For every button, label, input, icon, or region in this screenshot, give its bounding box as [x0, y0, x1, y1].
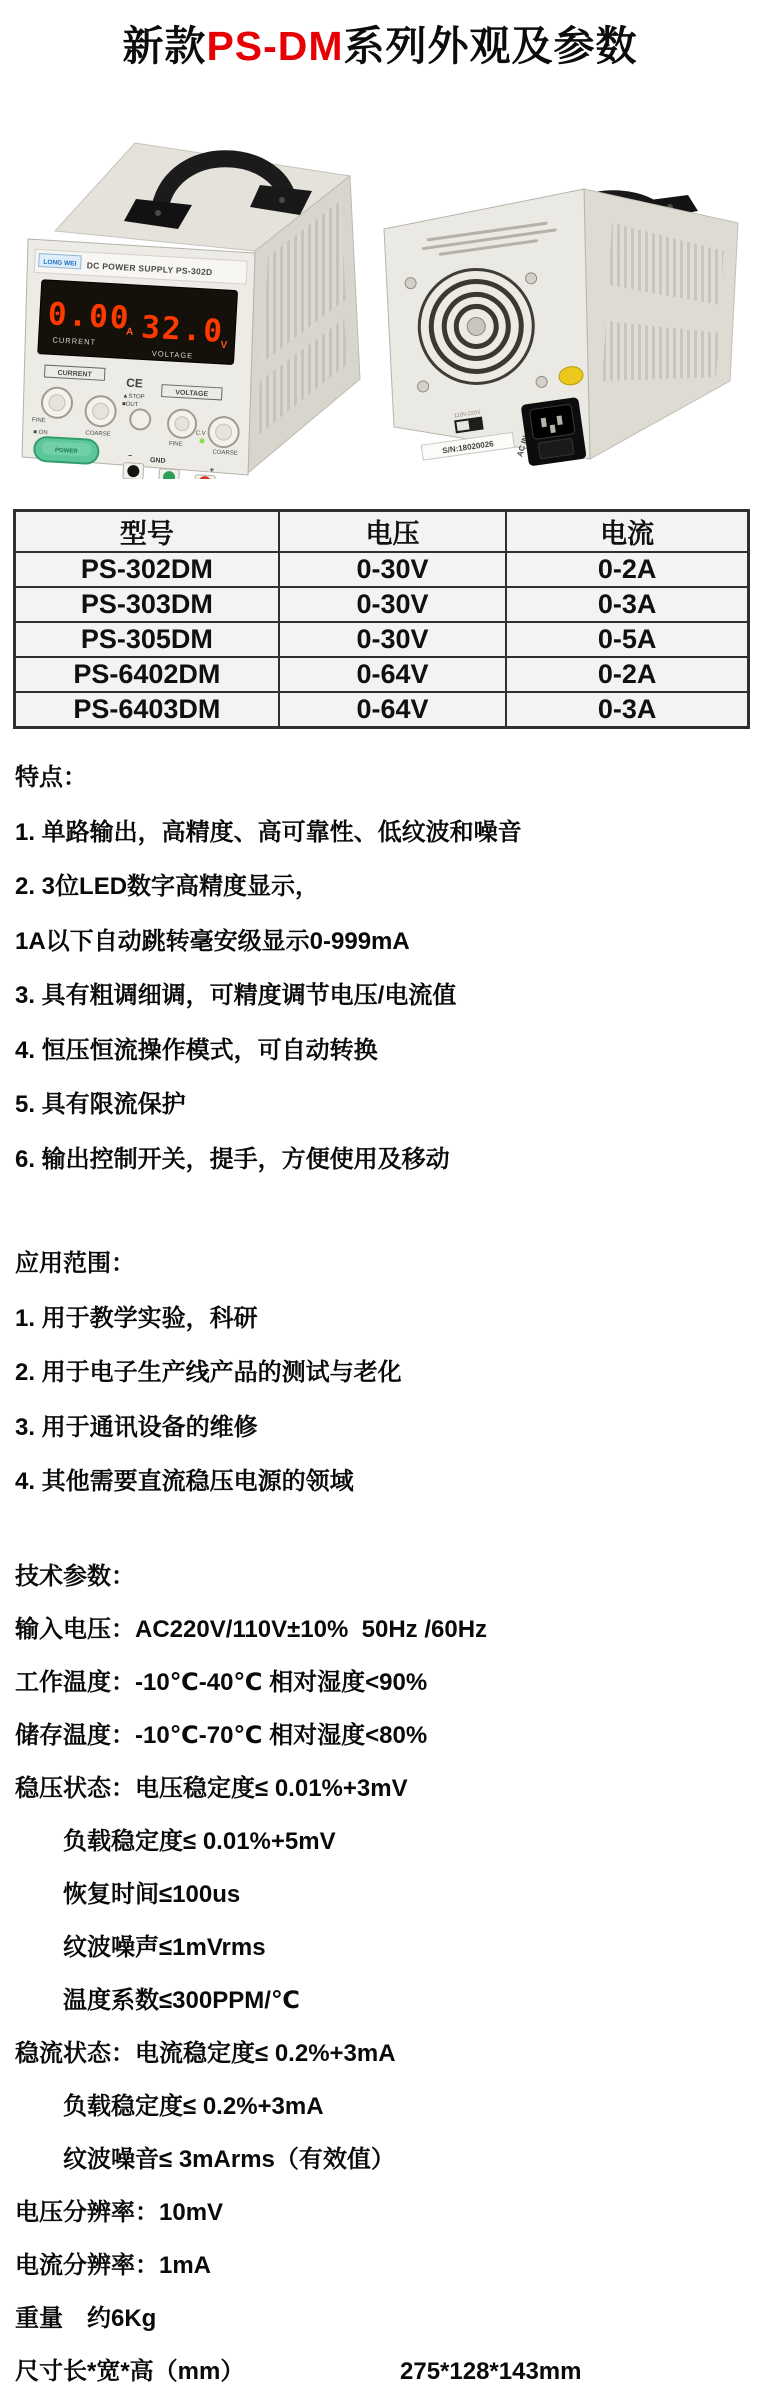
feature-item: 1. 单路输出，高精度、高可靠性、低纹波和噪音: [15, 806, 760, 861]
handle-screw: [279, 197, 285, 203]
table-header-row: 型号 电压 电流: [15, 511, 749, 553]
spec-line: 电流分辨率：1mA: [15, 2239, 760, 2292]
model-cell: PS-6403DM: [15, 692, 279, 728]
current-coarse-knob: [85, 395, 117, 427]
title-suffix: 系列外观及参数: [344, 23, 638, 69]
spec-line: 重量 约6Kg: [15, 2292, 760, 2345]
front-device-image: LONG WEI DC POWER SUPPLY PS-302D 0.00 A …: [0, 81, 372, 479]
features-section: 特点： 1. 单路输出，高精度、高可靠性、低纹波和噪音 2. 3位LED数字高精…: [15, 751, 760, 1187]
dimensions-line: 尺寸长*宽*高（mm） 275*128*143mm: [15, 2345, 760, 2392]
model-spec-table: 型号 电压 电流 PS-302DM 0-30V 0-2A PS-303DM 0-…: [13, 509, 750, 729]
output-button: [130, 409, 151, 430]
out-label: ■OUT: [122, 401, 139, 408]
dimensions-value: 275*128*143mm: [400, 2345, 582, 2392]
voltage-cell: 0-30V: [279, 587, 507, 622]
plus-mark: +: [209, 465, 214, 474]
model-cell: PS-302DM: [15, 552, 279, 587]
voltage-cell: 0-30V: [279, 622, 507, 657]
table-row: PS-6402DM 0-64V 0-2A: [15, 657, 749, 692]
application-item: 1. 用于教学实验，科研: [15, 1292, 760, 1347]
terminal-positive: [194, 475, 215, 479]
current-unit: A: [126, 327, 134, 338]
spec-line: 负载稳定度≤ 0.2%+3mA: [15, 2080, 760, 2133]
spec-line: 纹波噪声≤1mVrms: [15, 1921, 760, 1974]
spec-line: 稳流状态：电流稳定度≤ 0.2%+3mA: [15, 2027, 760, 2080]
title-model-highlight: PS-DM: [206, 23, 343, 69]
spec-line: 负载稳定度≤ 0.01%+5mV: [15, 1815, 760, 1868]
fine-label-left: FINE: [32, 417, 46, 424]
application-item: 4. 其他需要直流稳压电源的领域: [15, 1455, 760, 1510]
stop-label: ▲STOP: [122, 393, 144, 400]
feature-item: 1A以下自动跳转毫安级显示0-999mA: [15, 915, 760, 970]
application-item: 2. 用于电子生产线产品的测试与老化: [15, 1346, 760, 1401]
spec-line: 温度系数≤300PPM/℃: [15, 1974, 760, 2027]
voltage-fine-knob: [167, 409, 197, 439]
tech-specs-section: 技术参数： 输入电压：AC220V/110V±10% 50Hz /60Hz 工作…: [15, 1550, 760, 2392]
current-cell: 0-3A: [506, 692, 748, 728]
spec-line: 恢复时间≤100us: [15, 1868, 760, 1921]
spec-line: 电压分辨率：10mV: [15, 2186, 760, 2239]
terminal-ground: [159, 469, 180, 479]
gnd-label: GND: [150, 457, 166, 465]
applications-section: 应用范围： 1. 用于教学实验，科研 2. 用于电子生产线产品的测试与老化 3.…: [15, 1237, 760, 1510]
current-cell: 0-5A: [506, 622, 748, 657]
voltage-cell: 0-64V: [279, 657, 507, 692]
voltage-cell: 0-30V: [279, 552, 507, 587]
feature-item: 3. 具有粗调细调，可精度调节电压/电流值: [15, 969, 760, 1024]
terminal-negative: [123, 463, 144, 479]
voltage-coarse-knob: [208, 416, 240, 448]
header-voltage: 电压: [279, 511, 507, 553]
fine-label-right: FINE: [169, 441, 183, 448]
power-button: POWER: [34, 437, 99, 465]
model-cell: PS-6402DM: [15, 657, 279, 692]
spec-line: 纹波噪音≤ 3mArms（有效值）: [15, 2133, 760, 2186]
model-cell: PS-305DM: [15, 622, 279, 657]
rear-device-image: 110V-220V S/N:18020026 AC IN: [372, 81, 760, 479]
voltage-cell: 0-64V: [279, 692, 507, 728]
spec-line: 储存温度：-10℃-70℃ 相对湿度<80%: [15, 1709, 760, 1762]
feature-item: 5. 具有限流保护: [15, 1078, 760, 1133]
voltage-readout: 32.0: [140, 309, 225, 350]
feature-item: 2. 3位LED数字高精度显示，: [15, 860, 760, 915]
current-fine-knob: [41, 387, 73, 419]
applications-heading: 应用范围：: [15, 1237, 760, 1292]
on-label: ■ ON: [33, 429, 48, 436]
current-readout: 0.00: [47, 296, 132, 337]
features-heading: 特点：: [15, 751, 760, 806]
spec-line: 工作温度：-10℃-40℃ 相对湿度<90%: [15, 1656, 760, 1709]
model-cell: PS-303DM: [15, 587, 279, 622]
feature-item: 4. 恒压恒流操作模式，可自动转换: [15, 1024, 760, 1079]
handle-screw: [155, 210, 161, 216]
current-cell: 0-3A: [506, 587, 748, 622]
table-row: PS-302DM 0-30V 0-2A: [15, 552, 749, 587]
ac-inlet: [521, 397, 587, 466]
header-current: 电流: [506, 511, 748, 553]
header-model: 型号: [15, 511, 279, 553]
product-images: LONG WEI DC POWER SUPPLY PS-302D 0.00 A …: [0, 81, 760, 479]
cv-label: C.V: [195, 431, 205, 438]
minus-mark: −: [128, 453, 132, 460]
current-cell: 0-2A: [506, 657, 748, 692]
feature-item: 6. 输出控制开关，提手，方便使用及移动: [15, 1133, 760, 1188]
table-row: PS-303DM 0-30V 0-3A: [15, 587, 749, 622]
application-item: 3. 用于通讯设备的维修: [15, 1401, 760, 1456]
ce-mark: CE: [126, 376, 143, 391]
current-cell: 0-2A: [506, 552, 748, 587]
title-prefix: 新款: [122, 23, 206, 69]
dimensions-label: 尺寸长*宽*高（mm）: [15, 2345, 400, 2392]
table-row: PS-6403DM 0-64V 0-3A: [15, 692, 749, 728]
table-row: PS-305DM 0-30V 0-5A: [15, 622, 749, 657]
page-title: 新款PS-DM系列外观及参数: [0, 0, 760, 65]
spec-line: 输入电压：AC220V/110V±10% 50Hz /60Hz: [15, 1603, 760, 1656]
voltage-unit: V: [220, 340, 228, 351]
spec-line: 稳压状态：电压稳定度≤ 0.01%+3mV: [15, 1762, 760, 1815]
specs-heading: 技术参数：: [15, 1550, 760, 1603]
